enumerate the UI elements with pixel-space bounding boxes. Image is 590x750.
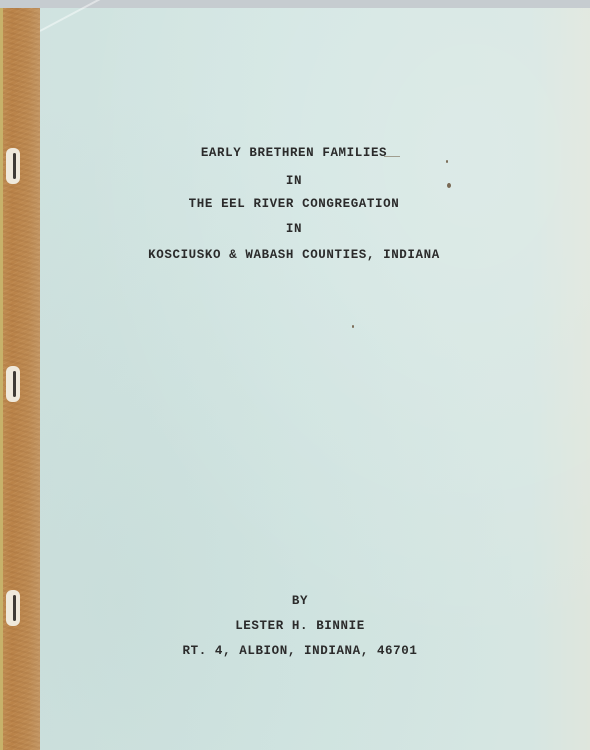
spine-edge — [0, 8, 3, 750]
staple-icon — [6, 590, 20, 626]
title-line-1: EARLY BRETHREN FAMILIES — [40, 146, 548, 160]
booklet-cover — [0, 8, 590, 750]
ink-smudge — [384, 156, 400, 157]
byline-by: BY — [40, 594, 560, 608]
title-line-3: THE EEL RIVER CONGREGATION — [40, 197, 548, 211]
title-line-2: IN — [40, 174, 548, 188]
ink-speck — [352, 325, 354, 328]
title-line-4: IN — [40, 222, 548, 236]
ink-speck — [447, 183, 451, 188]
byline-address: RT. 4, ALBION, INDIANA, 46701 — [40, 644, 560, 658]
staple-icon — [6, 148, 20, 184]
byline-author: LESTER H. BINNIE — [40, 619, 560, 633]
ink-speck — [446, 160, 448, 163]
title-line-5: KOSCIUSKO & WABASH COUNTIES, INDIANA — [40, 248, 548, 262]
staple-icon — [6, 366, 20, 402]
